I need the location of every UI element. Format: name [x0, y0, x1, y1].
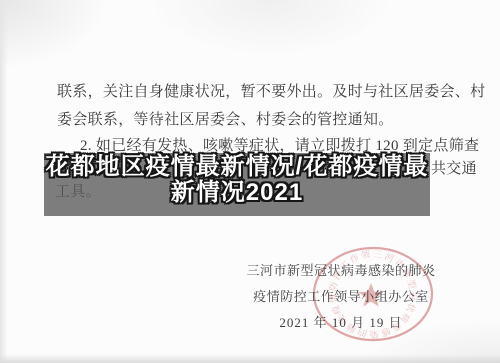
headline-banner: 花都地区疫情最新情况/花都疫情最 新情况2021	[44, 153, 430, 216]
paper-shadow-bottom	[0, 354, 500, 363]
doc-text-line-fragment-right: 共交通	[431, 161, 477, 178]
document-photo: 联系，关注自身健康状况，暂不要外出。及时与社区居委会、村 委会联系，等待社区居委…	[0, 0, 500, 363]
doc-text-line: 联系，关注自身健康状况，暂不要外出。及时与社区居委会、村	[57, 84, 485, 101]
paper-shadow-top-left	[0, 0, 110, 70]
paper-shadow-left	[0, 0, 8, 363]
signature-date: 2021 年 10 月 19 日	[235, 310, 447, 336]
paper-shadow-top	[150, 0, 390, 55]
org-name-line1: 三河市新型冠状病毒感染的肺炎	[235, 258, 447, 284]
doc-text-line: 委会联系，等待社区居委会、村委会的管控通知。	[57, 112, 394, 129]
signature-block: 三河市新型冠状病毒感染的肺炎 疫情防控工作领导小组办公室 2021 年 10 月…	[235, 258, 447, 336]
org-name-line2: 疫情防控工作领导小组办公室	[235, 284, 447, 310]
headline-title-line1: 花都地区疫情最新情况/花都疫情最	[46, 154, 429, 180]
headline-title-line2: 新情况2021	[171, 180, 303, 206]
